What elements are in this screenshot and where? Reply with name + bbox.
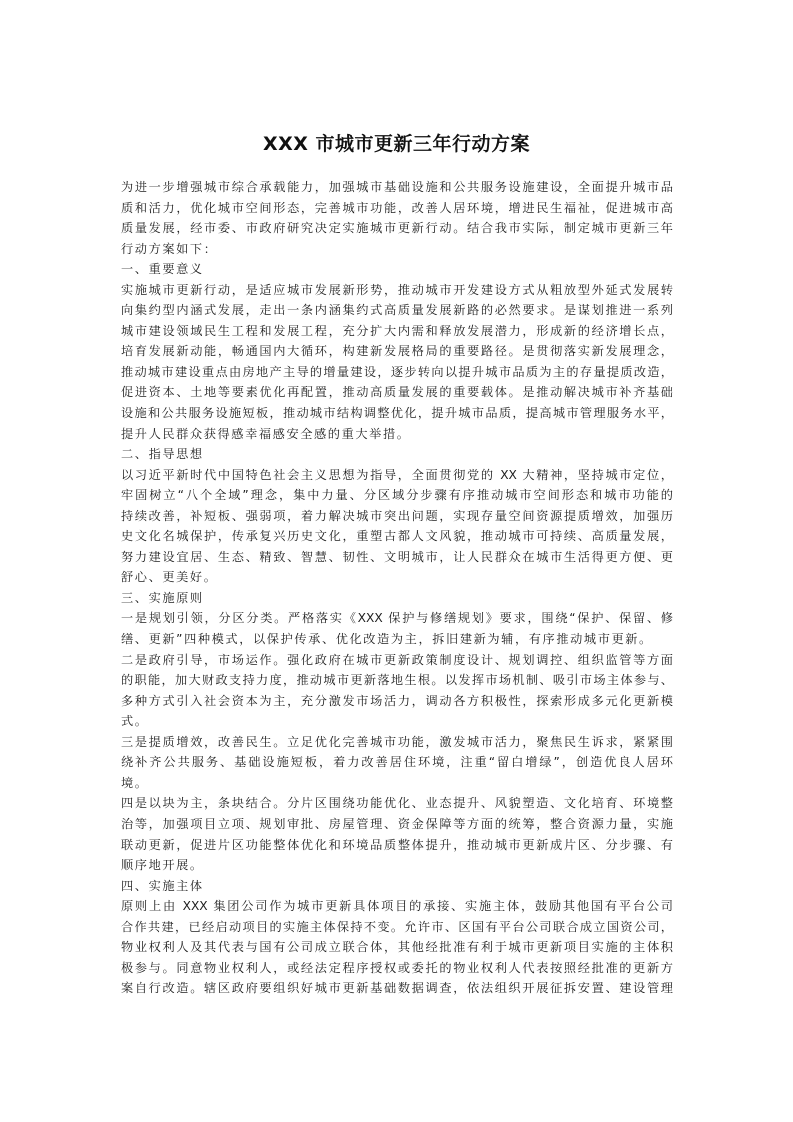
section-implementation-principles: 三、实施原则 一是规划引领，分区分类。严格落实《XXX 保护与修缮规划》要求，围… bbox=[121, 588, 673, 876]
text-line: 培育发展新动能，畅通国内大循环，构建新发展格局的重要路径。是贯彻落实新发展理念， bbox=[121, 341, 673, 362]
paragraph: 一是规划引领，分区分类。严格落实《XXX 保护与修缮规划》要求，围绕“保护、保留… bbox=[121, 608, 673, 649]
text-line: 案自行改造。辖区政府要组织好城市更新基础数据调查，依法组织开展征拆安置、建设管理 bbox=[121, 978, 673, 999]
text-line: 为进一步增强城市综合承载能力，加强城市基础设施和公共服务设施建设，全面提升城市品 bbox=[121, 177, 673, 198]
text-line: 促进资本、土地等要素优化再配置，推动高质量发展的重要载体。是推动解决城市补齐基础 bbox=[121, 382, 673, 403]
text-line: 向集约型内涵式发展，走出一条内涵集约式高质量发展新路的必然要求。是谋划推进一系列 bbox=[121, 300, 673, 321]
text-line: 缮、更新”四种模式，以保护传承、优化改造为主，拆旧建新为辅，有序推动城市更新。 bbox=[121, 629, 673, 650]
document-body: 为进一步增强城市综合承载能力，加强城市基础设施和公共服务设施建设，全面提升城市品… bbox=[121, 177, 673, 999]
text-line: 的职能，加大财政支持力度，推动城市更新落地生根。以发挥市场机制、吸引市场主体参与… bbox=[121, 670, 673, 691]
paragraph: 二是政府引导，市场运作。强化政府在城市更新政策制度设计、规划调控、组织监管等方面… bbox=[121, 650, 673, 732]
section-heading: 一、重要意义 bbox=[121, 259, 673, 280]
text-line: 以习近平新时代中国特色社会主义思想为指导，全面贯彻党的 XX 大精神，坚持城市定… bbox=[121, 465, 673, 486]
text-line: 二是政府引导，市场运作。强化政府在城市更新政策制度设计、规划调控、组织监管等方面 bbox=[121, 650, 673, 671]
text-line: 设施和公共服务设施短板，推动城市结构调整优化，提升城市品质，提高城市管理服务水平… bbox=[121, 403, 673, 424]
paragraph: 三是提质增效，改善民生。立足优化完善城市功能，激发城市活力，聚焦民生诉求，紧紧围… bbox=[121, 732, 673, 794]
text-line: 史文化名城保护，传承复兴历史文化，重塑古都人文风貌，推动城市可持续、高质量发展， bbox=[121, 526, 673, 547]
text-line: 三是提质增效，改善民生。立足优化完善城市功能，激发城市活力，聚焦民生诉求，紧紧围 bbox=[121, 732, 673, 753]
paragraph: 四是以块为主，条块结合。分片区围绕功能优化、业态提升、风貌塑造、文化培育、环境整… bbox=[121, 793, 673, 875]
text-line: 牢固树立“八个全域”理念，集中力量、分区域分步骤有序推动城市空间形态和城市功能的 bbox=[121, 485, 673, 506]
intro-paragraph: 为进一步增强城市综合承载能力，加强城市基础设施和公共服务设施建设，全面提升城市品… bbox=[121, 177, 673, 259]
text-line: 原则上由 XXX 集团公司作为城市更新具体项目的承接、实施主体，鼓励其他国有平台… bbox=[121, 896, 673, 917]
text-line: 行动方案如下： bbox=[121, 239, 673, 260]
paragraph: 以习近平新时代中国特色社会主义思想为指导，全面贯彻党的 XX 大精神，坚持城市定… bbox=[121, 465, 673, 588]
text-line: 境。 bbox=[121, 773, 673, 794]
text-line: 质和活力，优化城市空间形态，完善城市功能，改善人居环境，增进民生福祉，促进城市高 bbox=[121, 198, 673, 219]
text-line: 联动更新，促进片区功能整体优化和环境品质整体提升，推动城市更新成片区、分步骤、有 bbox=[121, 835, 673, 856]
text-line: 提升人民群众获得感幸福感安全感的重大举措。 bbox=[121, 424, 673, 445]
text-line: 多种方式引入社会资本为主，充分激发市场活力，调动各方积极性，探索形成多元化更新模 bbox=[121, 691, 673, 712]
section-significance: 一、重要意义 实施城市更新行动，是适应城市发展新形势，推动城市开发建设方式从粗放… bbox=[121, 259, 673, 444]
paragraph: 原则上由 XXX 集团公司作为城市更新具体项目的承接、实施主体，鼓励其他国有平台… bbox=[121, 896, 673, 999]
section-heading: 三、实施原则 bbox=[121, 588, 673, 609]
text-line: 极参与。同意物业权利人，或经法定程序授权或委托的物业权利人代表按照经批准的更新方 bbox=[121, 958, 673, 979]
document-page: XXX 市城市更新三年行动方案 为进一步增强城市综合承载能力，加强城市基础设施和… bbox=[0, 0, 793, 1122]
text-line: 舒心、更美好。 bbox=[121, 567, 673, 588]
paragraph: 实施城市更新行动，是适应城市发展新形势，推动城市开发建设方式从粗放型外延式发展转… bbox=[121, 280, 673, 444]
text-line: 城市建设领域民生工程和发展工程，充分扩大内需和释放发展潜力，形成新的经济增长点， bbox=[121, 321, 673, 342]
text-line: 实施城市更新行动，是适应城市发展新形势，推动城市开发建设方式从粗放型外延式发展转 bbox=[121, 280, 673, 301]
section-implementing-entity: 四、实施主体 原则上由 XXX 集团公司作为城市更新具体项目的承接、实施主体，鼓… bbox=[121, 876, 673, 999]
section-guiding-ideology: 二、指导思想 以习近平新时代中国特色社会主义思想为指导，全面贯彻党的 XX 大精… bbox=[121, 444, 673, 588]
section-heading: 二、指导思想 bbox=[121, 444, 673, 465]
text-line: 推动城市建设重点由房地产主导的增量建设，逐步转向以提升城市品质为主的存量提质改造… bbox=[121, 362, 673, 383]
text-line: 治等，加强项目立项、规划审批、房屋管理、资金保障等方面的统筹，整合资源力量，实施 bbox=[121, 814, 673, 835]
text-line: 顺序地开展。 bbox=[121, 855, 673, 876]
text-line: 努力建设宜居、生态、精致、智慧、韧性、文明城市，让人民群众在城市生活得更方便、更 bbox=[121, 547, 673, 568]
document-title: XXX 市城市更新三年行动方案 bbox=[0, 131, 793, 157]
text-line: 一是规划引领，分区分类。严格落实《XXX 保护与修缮规划》要求，围绕“保护、保留… bbox=[121, 608, 673, 629]
text-line: 质量发展，经市委、市政府研究决定实施城市更新行动。结合我市实际，制定城市更新三年 bbox=[121, 218, 673, 239]
text-line: 绕补齐公共服务、基础设施短板，着力改善居住环境，注重“留白增绿”，创造优良人居环 bbox=[121, 752, 673, 773]
section-heading: 四、实施主体 bbox=[121, 876, 673, 897]
text-line: 物业权利人及其代表与国有公司成立联合体，其他经批准有利于城市更新项目实施的主体积 bbox=[121, 937, 673, 958]
text-line: 四是以块为主，条块结合。分片区围绕功能优化、业态提升、风貌塑造、文化培育、环境整 bbox=[121, 793, 673, 814]
text-line: 持续改善，补短板、强弱项，着力解决城市突出问题，实现存量空间资源提质增效，加强历 bbox=[121, 506, 673, 527]
text-line: 式。 bbox=[121, 711, 673, 732]
text-line: 合作共建，已经启动项目的实施主体保持不变。允许市、区国有平台公司联合成立国资公司… bbox=[121, 917, 673, 938]
